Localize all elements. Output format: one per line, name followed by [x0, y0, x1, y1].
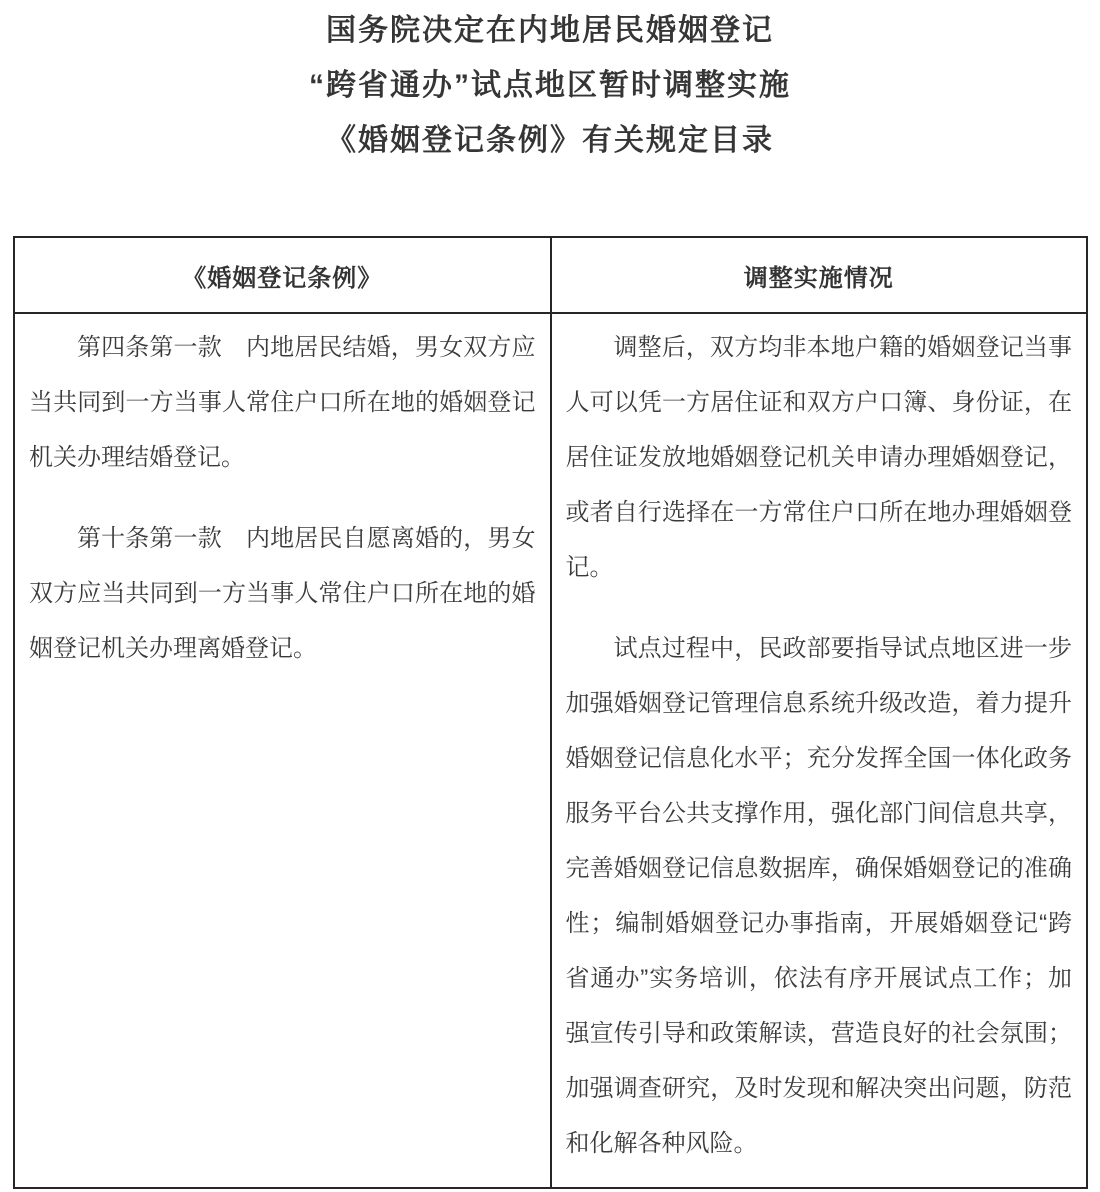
table-body-row: 第四条第一款 内地居民结婚，男女双方应当共同到一方当事人常住户口所在地的婚姻登记…	[14, 313, 1087, 1188]
table-header-row: 《婚姻登记条例》 调整实施情况	[14, 237, 1087, 313]
document-page: 国务院决定在内地居民婚姻登记 “跨省通办”试点地区暂时调整实施 《婚姻登记条例》…	[0, 3, 1100, 1189]
column-header-regulation: 《婚姻登记条例》	[14, 237, 551, 313]
adjustment-cell: 调整后，双方均非本地户籍的婚姻登记当事人可以凭一方居住证和双方户口簿、身份证，在…	[551, 313, 1088, 1188]
title-line-2: “跨省通办”试点地区暂时调整实施	[0, 58, 1100, 113]
regulation-paragraph-article10: 第十条第一款 内地居民自愿离婚的，男女双方应当共同到一方当事人常住户口所在地的婚…	[29, 511, 536, 676]
adjustment-paragraph-2: 试点过程中，民政部要指导试点地区进一步加强婚姻登记管理信息系统升级改造，着力提升…	[566, 621, 1073, 1171]
title-line-3: 《婚姻登记条例》有关规定目录	[0, 113, 1100, 168]
regulations-comparison-table: 《婚姻登记条例》 调整实施情况 第四条第一款 内地居民结婚，男女双方应当共同到一…	[13, 236, 1088, 1189]
regulation-paragraph-article4: 第四条第一款 内地居民结婚，男女双方应当共同到一方当事人常住户口所在地的婚姻登记…	[29, 320, 536, 485]
regulation-cell: 第四条第一款 内地居民结婚，男女双方应当共同到一方当事人常住户口所在地的婚姻登记…	[14, 313, 551, 1188]
adjustment-paragraph-1: 调整后，双方均非本地户籍的婚姻登记当事人可以凭一方居住证和双方户口簿、身份证，在…	[566, 320, 1073, 595]
title-line-1: 国务院决定在内地居民婚姻登记	[0, 3, 1100, 58]
column-header-adjustment: 调整实施情况	[551, 237, 1088, 313]
document-title: 国务院决定在内地居民婚姻登记 “跨省通办”试点地区暂时调整实施 《婚姻登记条例》…	[0, 3, 1100, 168]
